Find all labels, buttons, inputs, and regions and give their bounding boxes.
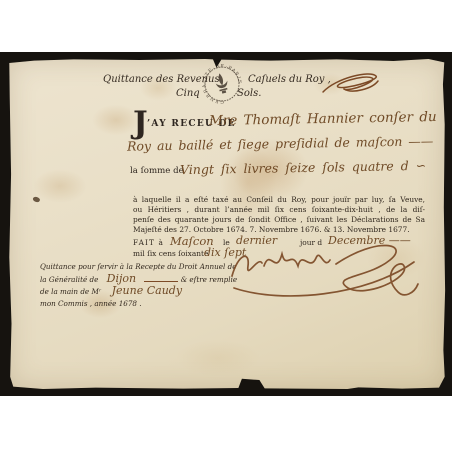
paraph-flourish-icon [320, 68, 382, 100]
signature-flourish-icon [218, 236, 428, 316]
year-label: mil ſix cens ſoixante [133, 249, 208, 258]
scanned-document-page: Quittance des Revenus Caſuels du Roy , C… [0, 0, 452, 452]
footer-line2-pre: la Généralité de [40, 275, 98, 284]
footer-line4: mon Commis , année 1678 . [40, 298, 237, 310]
handwritten-payer-name: Mre Thomaſt Hannier conſer du [209, 109, 437, 129]
header-denomination-left: Cinq [176, 88, 200, 99]
fait-label: FAIT à [133, 238, 164, 247]
clause-paragraph: à laquelle il a eſté taxé au Conſeil du … [133, 195, 425, 235]
clause-line: à laquelle il a eſté taxé au Conſeil du … [133, 195, 425, 205]
receipt-paper: Quittance des Revenus Caſuels du Roy , C… [8, 58, 446, 390]
handwritten-sum: Vingt ſix livres ſeize ſols quatre d ∽ [180, 158, 426, 177]
handwritten-generalite: Dijon [101, 272, 142, 285]
footer-line3-pre: de la main de Mʳ [40, 287, 101, 296]
handwritten-clerk-name: Jeune Caudy [104, 284, 182, 297]
footer-line1: Quittance pour ſervir à la Recepte du Dr… [40, 261, 237, 273]
sum-label: la ſomme de [130, 166, 184, 176]
clause-line: ou Héritiers , durant l’année mil ſix ce… [133, 205, 425, 215]
drop-cap-initial: J [133, 110, 148, 136]
generalite-tax-stamp-icon: GENERALITE·DE·PARIS [198, 60, 246, 108]
handwritten-payer-title: Roy au baillé et ſiege preſidial de maſc… [127, 133, 434, 153]
footer-block: Quittance pour ſervir à la Recepte du Dr… [40, 261, 237, 309]
fill-in-rule [144, 281, 178, 282]
clause-line: penſe des quarante jours de ſondit Offic… [133, 215, 425, 225]
header-title-right: Caſuels du Roy , [248, 74, 331, 85]
footer-line3: de la main de Mʳ Jeune Caudy [40, 285, 237, 298]
ink-blot [32, 196, 40, 203]
